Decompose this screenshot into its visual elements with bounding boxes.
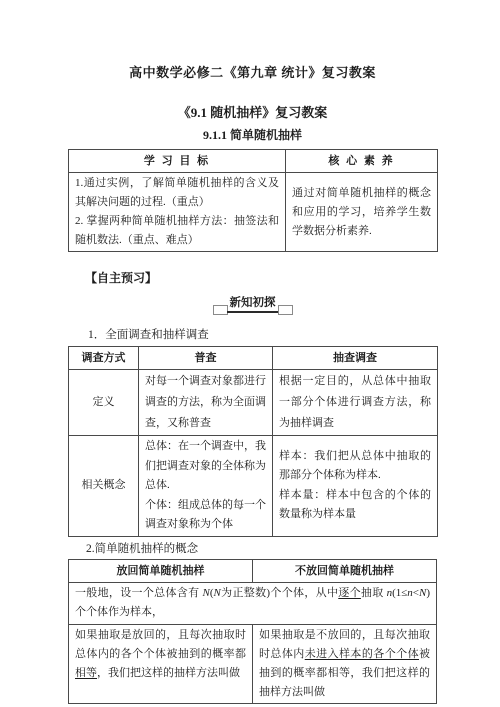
badge-left-ornament-icon	[213, 305, 228, 315]
chapter-subtitle: 《9.1 随机抽样》复习教案	[68, 102, 437, 121]
objectives-header-row: 学 习 目 标 核 心 素 养	[69, 150, 438, 173]
page-title: 高中数学必修二《第九章 统计》复习教案	[68, 62, 437, 81]
survey-methods-table: 调查方式 普查 抽查调查 定义 对每一个调查对象都进行调查的方法，称为全面调查，…	[68, 346, 438, 537]
badge-row: 新知初探	[68, 294, 437, 320]
srs-with-replacement-cell: 如果抽取是放回的，且每次抽取时总体内的各个个体被抽到的概率都相等，我们把这样的抽…	[69, 624, 253, 703]
concepts-label: 相关概念	[69, 436, 139, 537]
srs-header-without-replacement: 不放回简单随机抽样	[253, 559, 437, 582]
srs-general-row: 一般地，设一个总体含有 N(N为正整数)个个体，从中逐个抽取 n(1≤n<N)个…	[69, 582, 437, 624]
document-page: 高中数学必修二《第九章 统计》复习教案 《9.1 随机抽样》复习教案 9.1.1…	[0, 0, 500, 707]
survey-definition-row: 定义 对每一个调查对象都进行调查的方法，称为全面调查，又称普查 根据一定目的，从…	[69, 370, 438, 436]
badge-label: 新知初探	[227, 294, 279, 313]
objectives-body-row: 1.通过实例，了解简单随机抽样的含义及其解决问题的过程.（重点） 2. 掌握两种…	[69, 173, 438, 252]
objectives-header-competency: 核 心 素 养	[286, 150, 438, 173]
srs-definition-row: 如果抽取是放回的，且每次抽取时总体内的各个个体被抽到的概率都相等，我们把这样的抽…	[69, 624, 437, 703]
survey-header-row: 调查方式 普查 抽查调查	[69, 347, 438, 370]
definition-census-cell: 对每一个调查对象都进行调查的方法，称为全面调查，又称普查	[139, 370, 273, 436]
concepts-census-cell: 总体：在一个调查中，我们把调查对象的全体称为总体. 个体：组成总体的每一个调查对…	[139, 436, 273, 537]
srs-general-statement: 一般地，设一个总体含有 N(N为正整数)个个体，从中逐个抽取 n(1≤n<N)个…	[69, 582, 437, 624]
simple-random-sampling-table: 放回简单随机抽样 不放回简单随机抽样 一般地，设一个总体含有 N(N为正整数)个…	[68, 559, 437, 704]
new-knowledge-badge: 新知初探	[213, 294, 293, 313]
goal-item-2: 2. 掌握两种简单随机抽样方法：抽签法和随机数法.（重点、难点）	[75, 212, 279, 250]
goal-item-1: 1.通过实例，了解简单随机抽样的含义及其解决问题的过程.（重点）	[75, 174, 279, 212]
objectives-goals-cell: 1.通过实例，了解简单随机抽样的含义及其解决问题的过程.（重点） 2. 掌握两种…	[69, 173, 286, 252]
badge-right-ornament-icon	[278, 305, 293, 315]
survey-header-census: 普查	[139, 347, 273, 370]
population-definition: 总体：在一个调查中，我们把调查对象的全体称为总体.	[145, 437, 266, 496]
section-heading: 9.1.1 简单随机抽样	[68, 126, 437, 143]
survey-header-sampling: 抽查调查	[273, 347, 438, 370]
definition-sampling-cell: 根据一定目的，从总体中抽取一部分个体进行调查方法，称为抽样调查	[273, 370, 438, 436]
objectives-competency-cell: 通过对简单随机抽样的概念和应用的学习，培养学生数学数据分析素养.	[286, 173, 438, 252]
document-content: 高中数学必修二《第九章 统计》复习教案 《9.1 随机抽样》复习教案 9.1.1…	[0, 0, 500, 704]
individual-definition: 个体：组成总体的每一个调查对象称为个体	[145, 496, 266, 535]
srs-without-replacement-cell: 如果抽取是不放回的，且每次抽取时总体内未进入样本的各个个体被抽到的概率都相等，我…	[253, 624, 437, 703]
list-item-survey: 1．全面调查和抽样调查	[88, 326, 437, 342]
sample-definition: 样本：我们把从总体中抽取的那部分个体称为样本.	[279, 447, 431, 486]
concepts-sampling-cell: 样本：我们把从总体中抽取的那部分个体称为样本. 样本量：样本中包含的个体的数量称…	[273, 436, 438, 537]
objectives-header-goal: 学 习 目 标	[69, 150, 286, 173]
sample-size-definition: 样本量：样本中包含的个体的数量称为样本量	[279, 486, 431, 525]
survey-header-method: 调查方式	[69, 347, 139, 370]
list-item-srs-concept: 2.简单随机抽样的概念	[86, 540, 437, 556]
objectives-table: 学 习 目 标 核 心 素 养 1.通过实例，了解简单随机抽样的含义及其解决问题…	[68, 149, 438, 252]
self-preview-heading: 【自主预习】	[85, 269, 437, 286]
srs-header-with-replacement: 放回简单随机抽样	[69, 559, 253, 582]
srs-header-row: 放回简单随机抽样 不放回简单随机抽样	[69, 559, 437, 582]
survey-concepts-row: 相关概念 总体：在一个调查中，我们把调查对象的全体称为总体. 个体：组成总体的每…	[69, 436, 438, 537]
definition-label: 定义	[69, 370, 139, 436]
